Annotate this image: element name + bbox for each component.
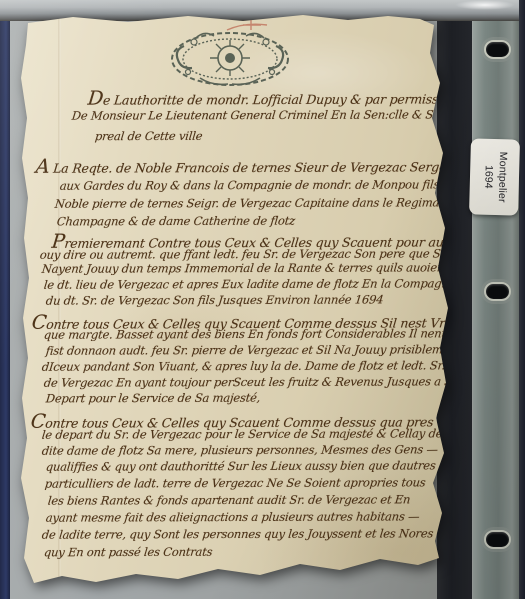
paper-sheet: De Lauthoritte de mondr. Lofficial Dupuy… (18, 13, 452, 591)
manuscript-line: ayant mesme fait des alieignactions a pl… (45, 509, 420, 524)
manuscript-line: fist donnaon audt. feu Sr. pierre de Ver… (45, 342, 451, 357)
binder-right-edge (519, 0, 525, 599)
ornate-ink-stamp-icon (166, 28, 294, 90)
manuscript-line: quy En ont passé les Contrats (43, 545, 213, 560)
manuscript-line: dIceux pandant Son Viuant, & apres luy l… (41, 358, 460, 373)
manuscript-line: du dt. Sr. de Vergezac Son fils Jusques … (45, 292, 384, 307)
manuscript-line: particulliers de ladt. terre de Vergezac… (44, 475, 426, 490)
red-annotation-mark (223, 18, 283, 36)
manuscript-line: Champagne & de dame Catherine de flotz (56, 214, 296, 229)
manuscript-line: que margte. Basset ayant des biens En fo… (43, 326, 446, 341)
label-place: Montpelier (494, 151, 508, 202)
sleeve-highlight (455, 0, 515, 10)
manuscript-line: le dt. lieu de Vergezac et apres Eux lad… (43, 276, 474, 291)
manuscript-line: Depart pour le Service de Sa majesté, (45, 391, 261, 406)
manuscript-line: de Vergezac En ayant toujour perSceut le… (43, 374, 467, 389)
binder-hole-icon (484, 40, 511, 59)
photo-of-manuscript-in-binder-sleeve: De Lauthoritte de mondr. Lofficial Dupuy… (0, 0, 525, 599)
manuscript-line: les biens Rantes & fonds apartenant audi… (47, 492, 411, 507)
manuscript-line: de ladite terre, quy Sont les personnes … (41, 526, 434, 541)
punched-binder-strip (472, 0, 519, 599)
manuscript-line: preal de Cette ville (94, 129, 203, 143)
manuscript-line: A La Reqte. de Noble Francois de ternes … (35, 153, 461, 177)
manuscript-line: De Monsieur Le Lieutenant General Crimin… (71, 107, 458, 122)
archival-label: Montpelier 1694 (469, 138, 520, 215)
binder-hole-icon (484, 282, 511, 301)
archival-label-text: Montpelier 1694 (469, 138, 520, 215)
manuscript-line: Nayent Jouuy dun temps Immemorial de la … (41, 260, 479, 276)
manuscript-line: De Lauthoritte de mondr. Lofficial Dupuy… (87, 85, 459, 109)
manuscript-line: le depart du Sr. de Vergezac pour le Ser… (41, 426, 456, 441)
manuscript-line: aux Gardes du Roy & dans la Compagnie de… (59, 177, 478, 192)
manuscript-line: qualiffies & quy ont dauthoritté Sur les… (45, 458, 451, 473)
manuscript-paper: De Lauthoritte de mondr. Lofficial Dupuy… (18, 13, 452, 591)
manuscript-line: Noble pierre de ternes Seigr. de Vergeza… (54, 195, 483, 210)
binder-hole-icon (484, 530, 511, 549)
label-year: 1694 (481, 165, 495, 189)
manuscript-line: dite dame de flotz Sa mere, plusieurs pe… (41, 442, 438, 457)
binder-left-edge (0, 0, 10, 599)
